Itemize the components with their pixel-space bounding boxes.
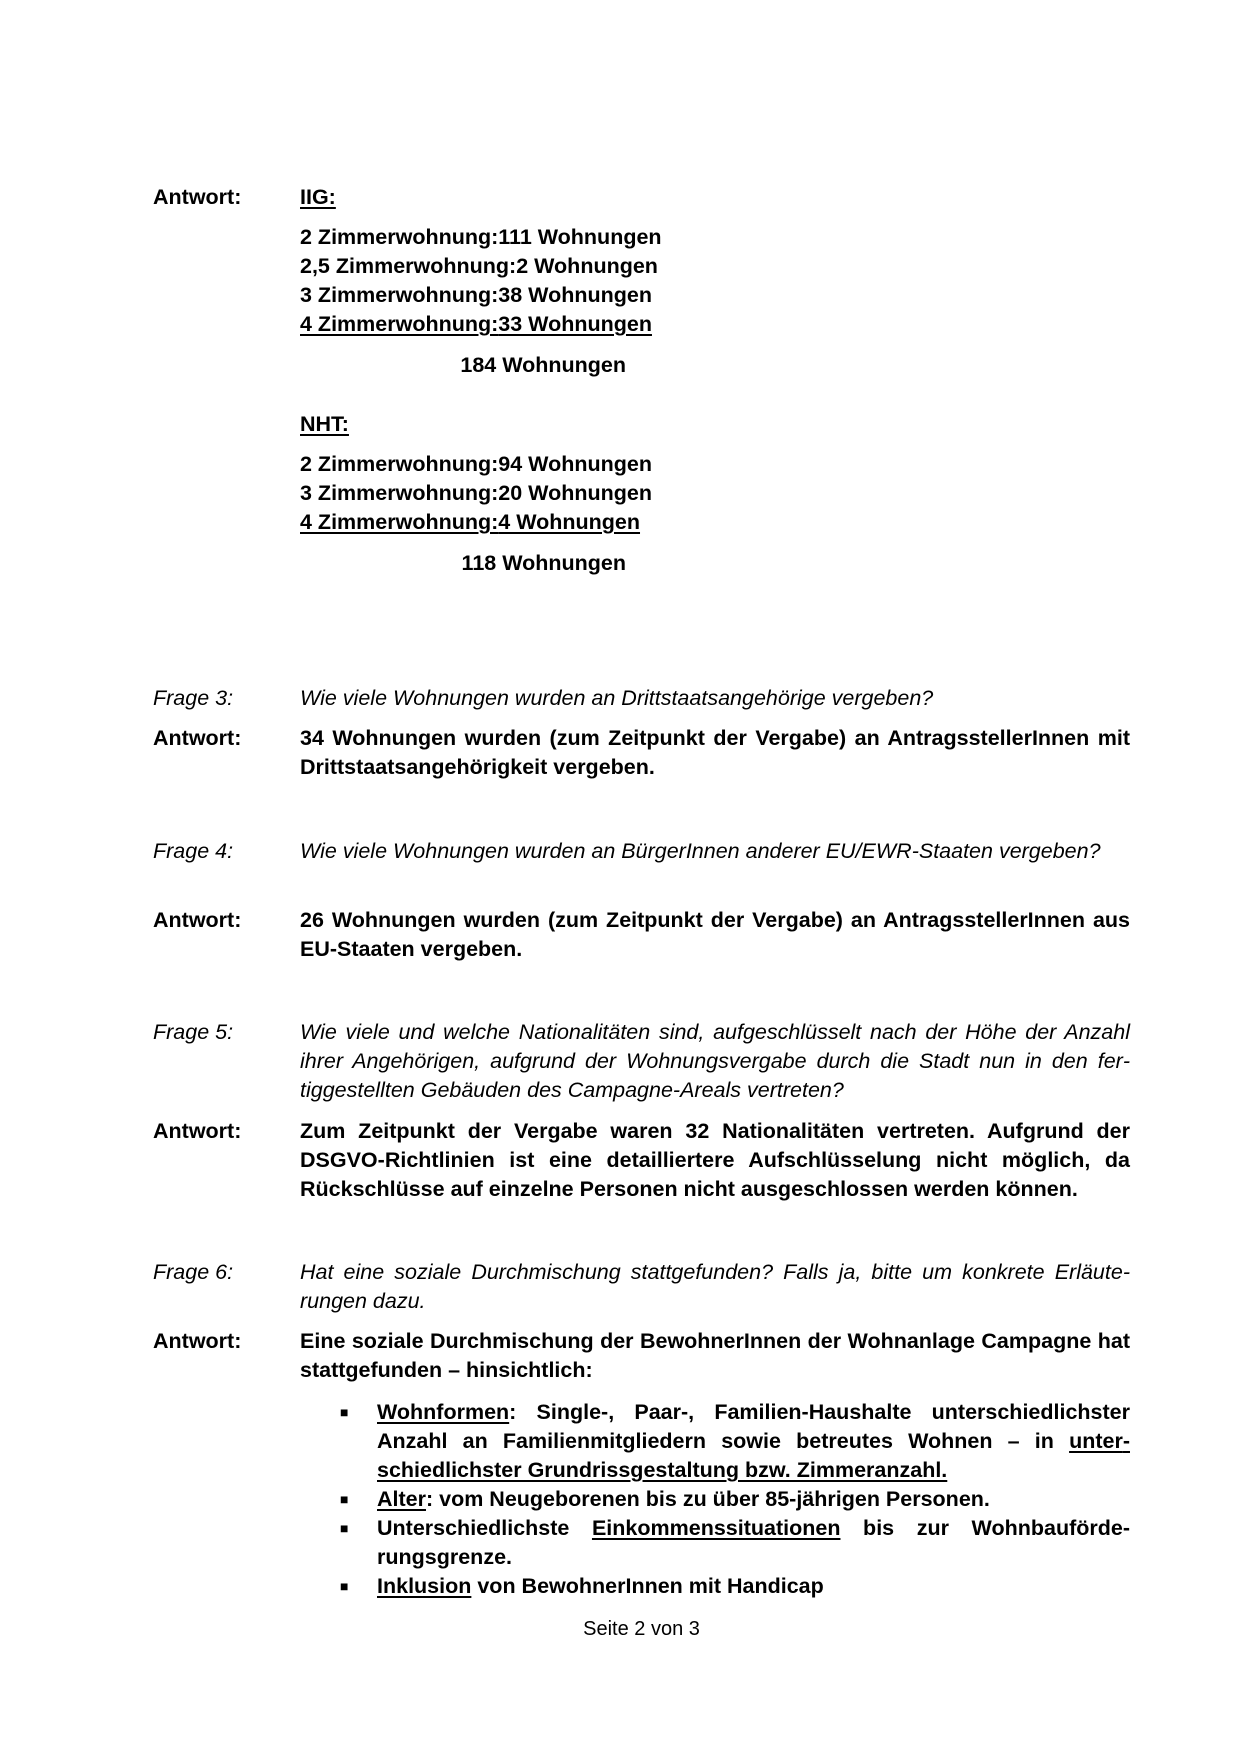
page-footer: Seite 2 von 3: [0, 1618, 1241, 1641]
answer-6-text: Eine soziale Durchmischung der BewohnerI…: [300, 1327, 1130, 1385]
answer-6-label: Antwort:: [153, 1327, 241, 1356]
answer-4-label: Antwort:: [153, 906, 241, 935]
list-item: ■ Alter: vom Neugeborenen bis zu über 85…: [340, 1485, 1130, 1514]
question-3-text: Wie viele Wohnungen wurden an Drittstaat…: [300, 684, 1130, 713]
table-row: 3 Zimmerwohnung: 20 Wohnungen: [300, 479, 626, 508]
question-5-label: Frage 5:: [153, 1018, 233, 1047]
question-4-label: Frage 4:: [153, 837, 233, 866]
table-row: 2,5 Zimmerwohnung: 2 Wohnungen: [300, 252, 626, 281]
nht-total: 118 Wohnungen: [300, 549, 626, 578]
question-4-text: Wie viele Wohnungen wurden an BürgerInne…: [300, 837, 1130, 866]
list-item: ■ Unterschiedlichste Einkommenssituation…: [340, 1514, 1130, 1572]
table-row: 4 Zimmerwohnung: 4 Wohnungen: [300, 508, 626, 537]
list-item: ■ Inklusion von BewohnerInnen mit Handic…: [340, 1572, 1130, 1601]
square-bullet-icon: ■: [340, 1572, 348, 1601]
answer-4-text: 26 Wohnungen wurden (zum Zeitpunkt der V…: [300, 906, 1130, 964]
iig-table: 2 Zimmerwohnung: 111 Wohnungen 2,5 Zimme…: [300, 223, 626, 380]
nht-table: 2 Zimmerwohnung: 94 Wohnungen 3 Zimmerwo…: [300, 450, 626, 578]
answer-5-label: Antwort:: [153, 1117, 241, 1146]
question-3-label: Frage 3:: [153, 684, 233, 713]
nht-heading: NHT:: [300, 410, 349, 439]
bullet-list: ■ Wohnformen: Single-, Paar-, Familien-H…: [340, 1398, 1130, 1601]
page-number: Seite 2 von 3: [583, 1618, 700, 1640]
table-row: 3 Zimmerwohnung: 38 Wohnungen: [300, 281, 626, 310]
question-6-label: Frage 6:: [153, 1258, 233, 1287]
answer-5-text: Zum Zeitpunkt der Vergabe waren 32 Natio…: [300, 1117, 1130, 1204]
iig-heading: IIG:: [300, 183, 336, 212]
square-bullet-icon: ■: [340, 1485, 348, 1514]
iig-total: 184 Wohnungen: [300, 351, 626, 380]
answer-3-label: Antwort:: [153, 724, 241, 753]
table-row: 4 Zimmerwohnung: 33 Wohnungen: [300, 310, 626, 339]
question-5-text: Wie viele und welche Nationalitäten sind…: [300, 1018, 1130, 1105]
square-bullet-icon: ■: [340, 1514, 348, 1543]
list-item: ■ Wohnformen: Single-, Paar-, Familien-H…: [340, 1398, 1130, 1485]
answer-label: Antwort:: [153, 183, 241, 212]
answer-3-text: 34 Wohnungen wurden (zum Zeitpunkt der V…: [300, 724, 1130, 782]
table-row: 2 Zimmerwohnung: 111 Wohnungen: [300, 223, 626, 252]
square-bullet-icon: ■: [340, 1398, 348, 1427]
table-row: 2 Zimmerwohnung: 94 Wohnungen: [300, 450, 626, 479]
question-6-text: Hat eine soziale Durchmischung stattgefu…: [300, 1258, 1130, 1316]
document-page: Antwort: IIG: 2 Zimmerwohnung: 111 Wohnu…: [0, 0, 1241, 1755]
